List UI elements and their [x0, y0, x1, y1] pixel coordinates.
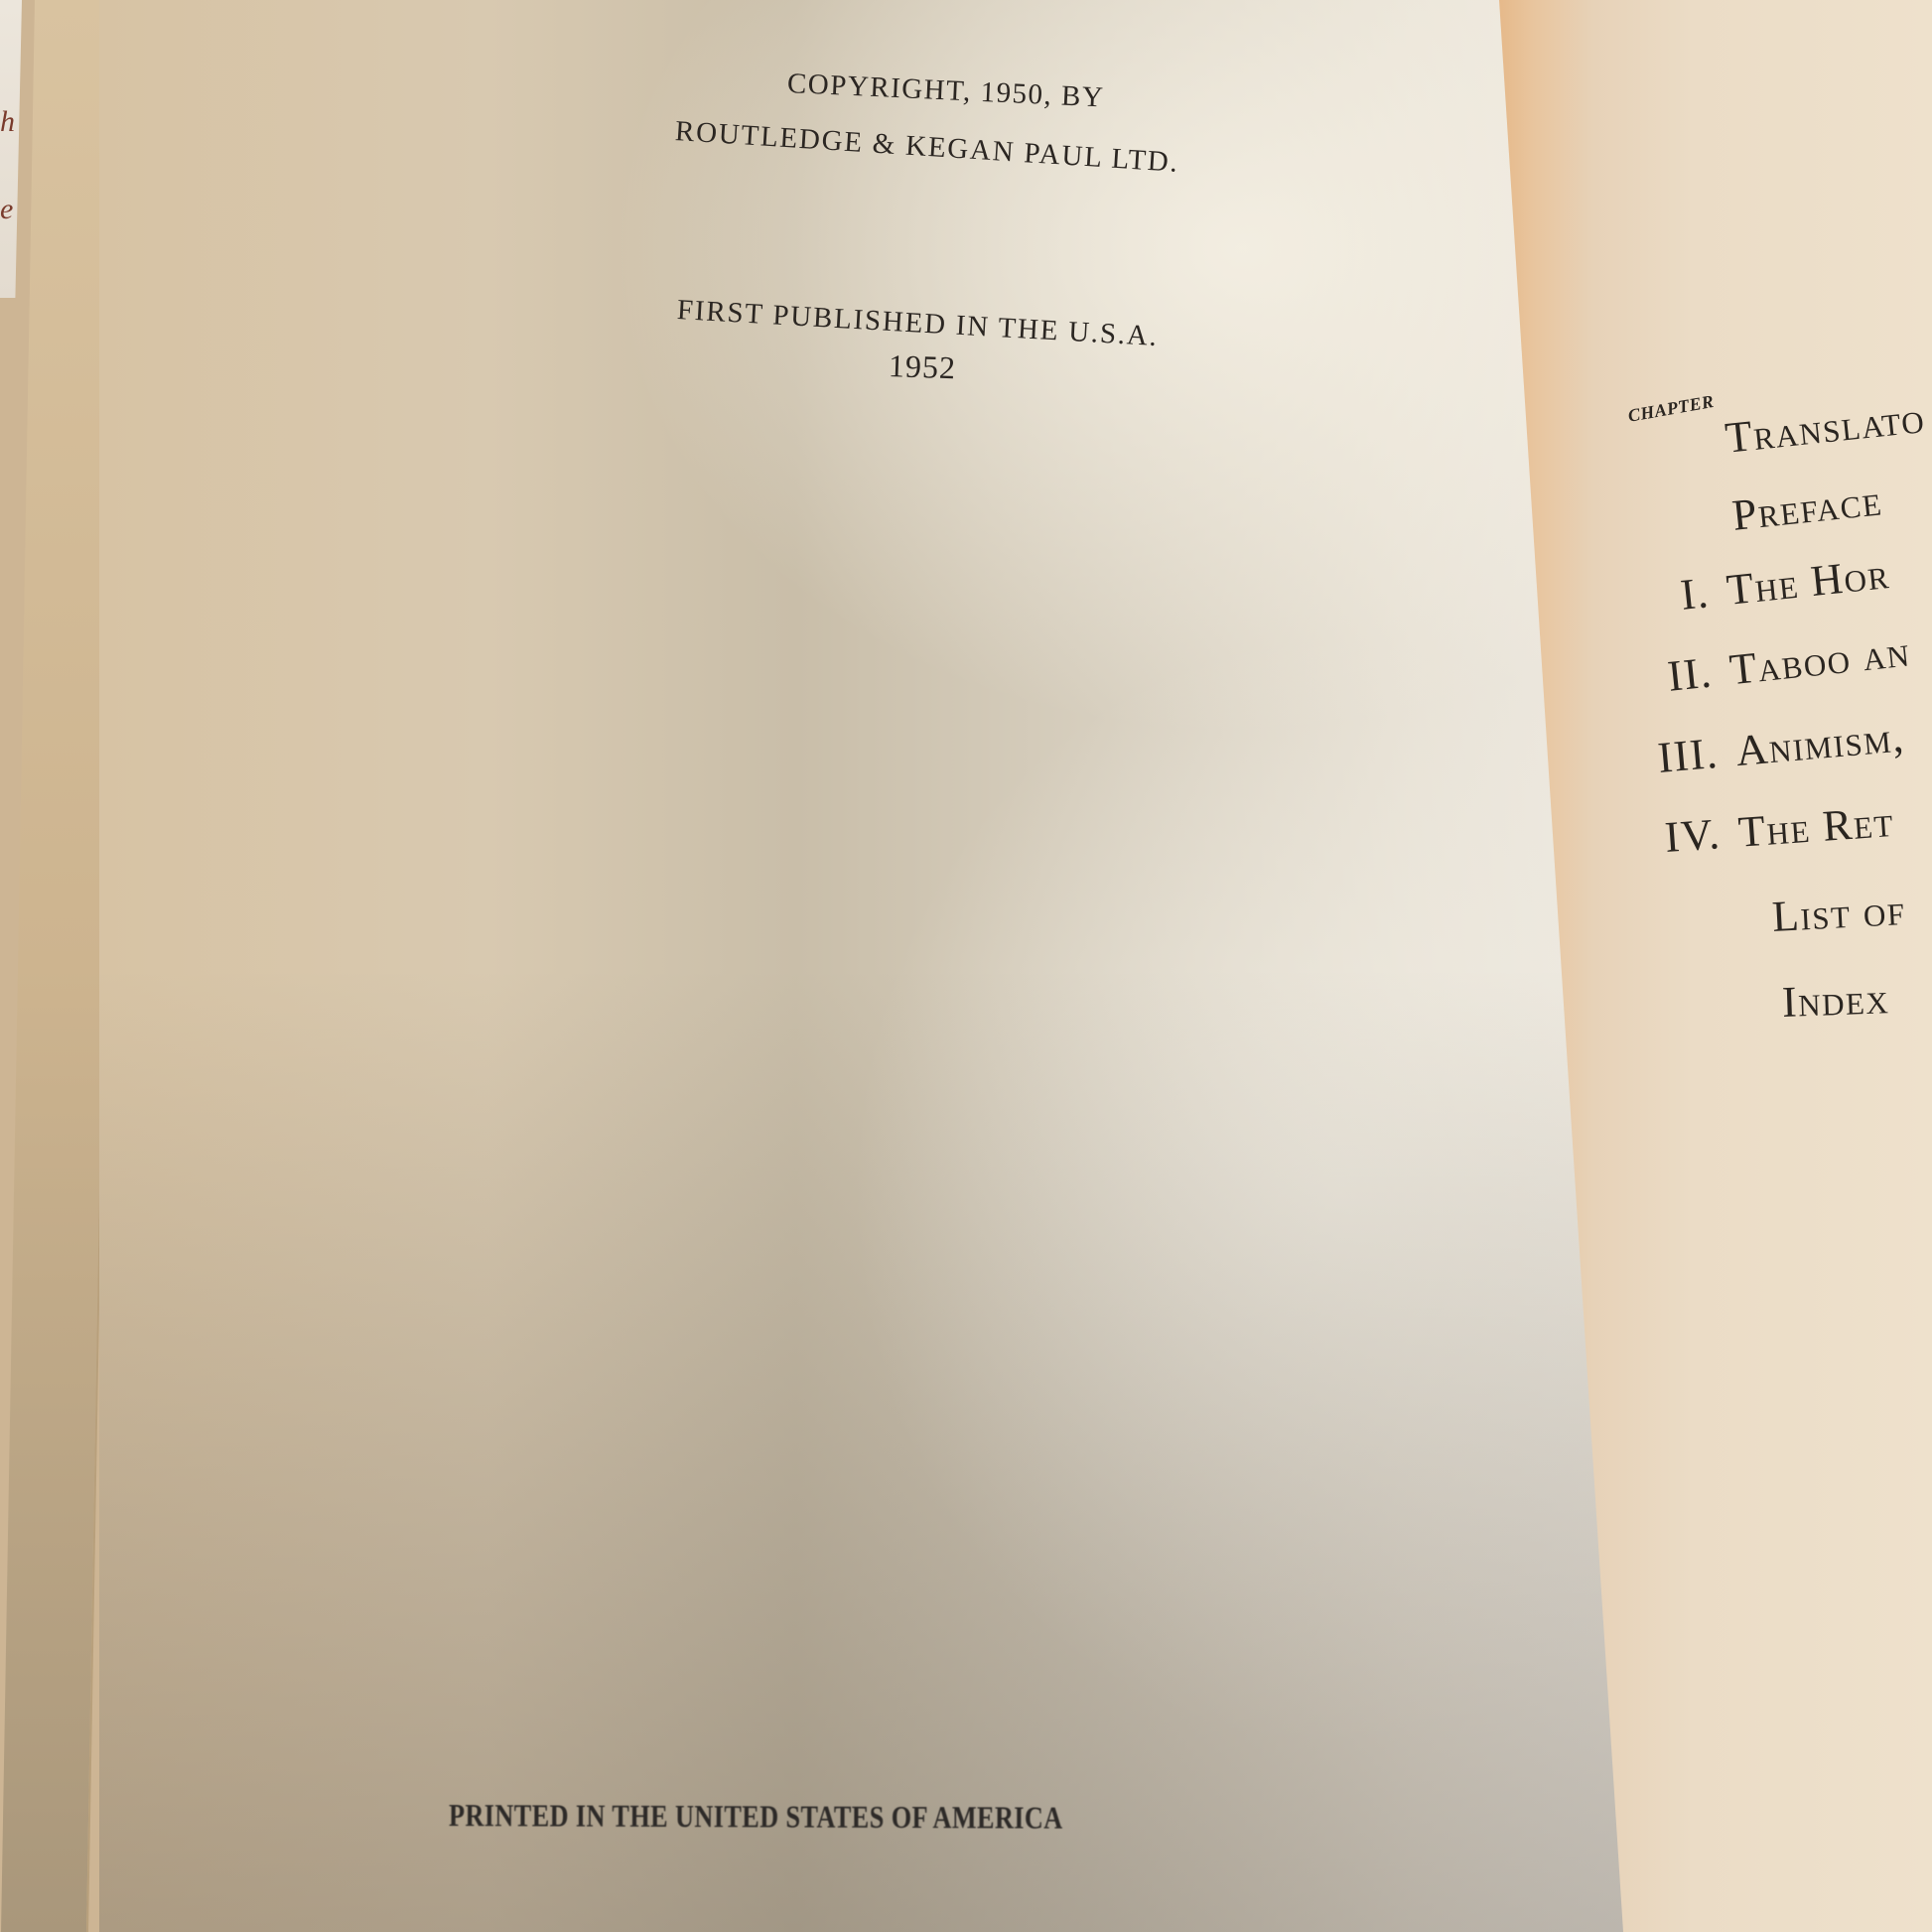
- first-published-year: 1952: [888, 349, 956, 383]
- toc-entry: List of: [1771, 889, 1907, 939]
- printed-in-line: PRINTED IN THE UNITED STATES OF AMERICA: [449, 1799, 1063, 1834]
- previous-page-glyph: h: [0, 107, 15, 137]
- book-spread-photo: h e COPYRIGHT, 1950, BY ROUTLEDGE & KEGA…: [0, 0, 1932, 1932]
- toc-entry-title: List of: [1771, 886, 1907, 941]
- toc-entry: Index: [1781, 977, 1890, 1025]
- toc-entry-number: III.: [1656, 729, 1721, 782]
- copyright-page: [99, 0, 1648, 1932]
- toc-entry-number: I.: [1678, 568, 1712, 620]
- previous-page-sliver: [0, 0, 22, 298]
- toc-entry-number: II.: [1665, 647, 1715, 700]
- toc-entry-title: Index: [1781, 974, 1890, 1027]
- previous-page-glyph: e: [0, 195, 13, 224]
- toc-entry-number: IV.: [1663, 809, 1723, 862]
